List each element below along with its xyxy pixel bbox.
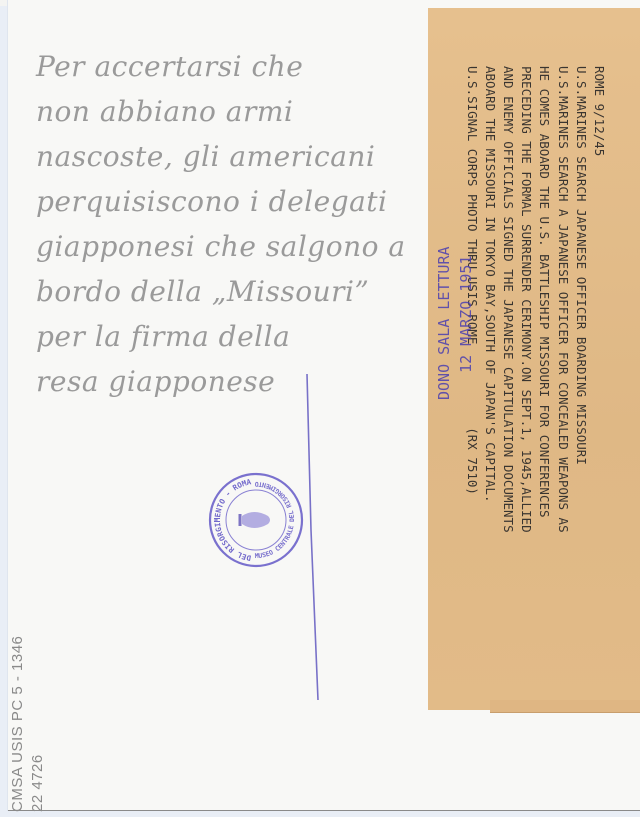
caption-line: U.S.MARINES SEARCH A JAPANESE OFFICER FO… [553, 66, 571, 533]
note-line: per la firma della [36, 314, 426, 359]
emblem-icon [240, 512, 270, 528]
note-line: resa giapponese [36, 359, 426, 404]
caption-slip-edge [490, 700, 640, 713]
donation-line: DONO SALA LETTURA [433, 246, 455, 400]
caption-line: ABOARD THE MISSOURI IN TOKYO BAY,SOUTH O… [481, 66, 499, 533]
caption-headline: U.S.MARINES SEARCH JAPANESE OFFICER BOAR… [572, 66, 590, 533]
archive-code: CMSA USIS PC 5 - 1346 [8, 636, 28, 812]
donation-date: 12 MARZO 1951 [455, 246, 477, 400]
note-line: nascoste, gli americani [36, 134, 426, 179]
donation-stamp: DONO SALA LETTURA 12 MARZO 1951 [433, 246, 477, 400]
note-line: perquisiscono i delegati [36, 179, 426, 224]
typed-caption: ROME 9/12/45 U.S.MARINES SEARCH JAPANESE… [462, 66, 608, 533]
caption-dateline: ROME 9/12/45 [590, 66, 608, 533]
caption-line: HE COMES ABOARD THE U.S. BATTLESHIP MISS… [535, 66, 553, 533]
note-line: non abbiano armi [36, 89, 426, 134]
archive-number: 22 4726 [28, 636, 48, 812]
museum-round-stamp: DEL RISORGIMENTO - ROMA MUSEO CENTRALE D… [206, 470, 306, 570]
archive-inventory-mark: CMSA USIS PC 5 - 1346 22 4726 [8, 636, 48, 812]
note-line: Per accertarsi che [36, 44, 426, 89]
note-line: bordo della „Missouri” [36, 269, 426, 314]
handwritten-note: Per accertarsi che non abbiano armi nasc… [36, 44, 426, 404]
note-line: giapponesi che salgono a [36, 224, 426, 269]
caption-line: PRECEDING THE FORMAL SURRENDER CERIMONY.… [517, 66, 535, 533]
caption-line: AND ENEMY OFFICIALS SIGNED THE JAPANESE … [499, 66, 517, 533]
